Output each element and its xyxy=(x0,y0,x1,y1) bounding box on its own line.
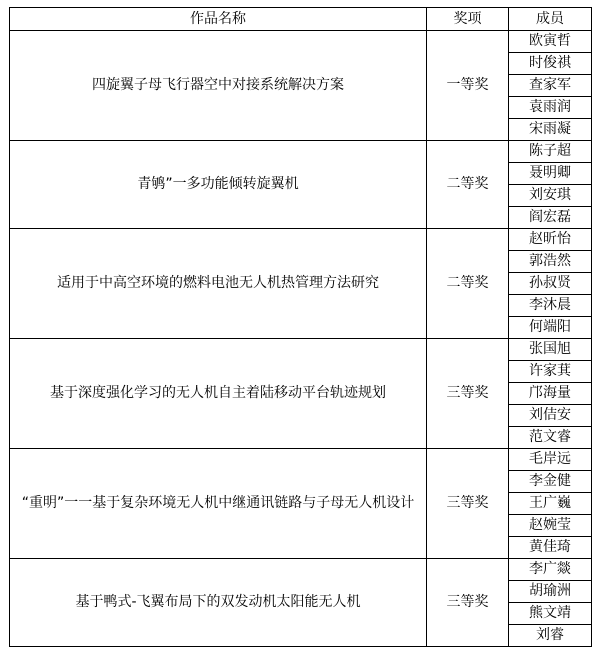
member-cell: 李广燚 xyxy=(509,559,592,581)
header-award: 奖项 xyxy=(427,8,509,31)
award-cell: 三等奖 xyxy=(427,339,509,449)
table-row: 四旋翼子母飞行器空中对接系统解决方案一等奖欧寅哲 xyxy=(10,31,592,53)
member-cell: 许家萁 xyxy=(509,361,592,383)
work-name-cell: 适用于中高空环境的燃料电池无人机热管理方法研究 xyxy=(10,229,427,339)
member-cell: 袁雨润 xyxy=(509,97,592,119)
work-name-cell: 四旋翼子母飞行器空中对接系统解决方案 xyxy=(10,31,427,141)
member-cell: 陈子超 xyxy=(509,141,592,163)
work-name-cell: 基于深度强化学习的无人机自主着陆移动平台轨迹规划 xyxy=(10,339,427,449)
member-cell: 李金健 xyxy=(509,471,592,493)
table-row: 基于鸭式-飞翼布局下的双发动机太阳能无人机三等奖李广燚 xyxy=(10,559,592,581)
table-row: 青鸲”一多功能倾转旋翼机二等奖陈子超 xyxy=(10,141,592,163)
award-cell: 三等奖 xyxy=(427,559,509,647)
member-cell: 何端阳 xyxy=(509,317,592,339)
header-members: 成员 xyxy=(509,8,592,31)
member-cell: 聂明卿 xyxy=(509,163,592,185)
table-row: “重明”一一基于复杂环境无人机中继通讯链路与子母无人机设计三等奖毛岸远 xyxy=(10,449,592,471)
member-cell: 宋雨凝 xyxy=(509,119,592,141)
header-work-name: 作品名称 xyxy=(10,8,427,31)
table-row: 适用于中高空环境的燃料电池无人机热管理方法研究二等奖赵昕怡 xyxy=(10,229,592,251)
work-name-cell: “重明”一一基于复杂环境无人机中继通讯链路与子母无人机设计 xyxy=(10,449,427,559)
member-cell: 张国旭 xyxy=(509,339,592,361)
member-cell: 阎宏磊 xyxy=(509,207,592,229)
member-cell: 胡瑜洲 xyxy=(509,581,592,603)
award-cell: 二等奖 xyxy=(427,141,509,229)
work-name-cell: 青鸲”一多功能倾转旋翼机 xyxy=(10,141,427,229)
member-cell: 查家军 xyxy=(509,75,592,97)
member-cell: 欧寅哲 xyxy=(509,31,592,53)
member-cell: 王广巍 xyxy=(509,493,592,515)
awards-table: 作品名称 奖项 成员 四旋翼子母飞行器空中对接系统解决方案一等奖欧寅哲时俊祺查家… xyxy=(9,7,592,647)
member-cell: 李沐晨 xyxy=(509,295,592,317)
member-cell: 郭浩然 xyxy=(509,251,592,273)
award-cell: 一等奖 xyxy=(427,31,509,141)
member-cell: 范文睿 xyxy=(509,427,592,449)
member-cell: 刘睿 xyxy=(509,625,592,647)
member-cell: 时俊祺 xyxy=(509,53,592,75)
table-row: 基于深度强化学习的无人机自主着陆移动平台轨迹规划三等奖张国旭 xyxy=(10,339,592,361)
member-cell: 孙叔贤 xyxy=(509,273,592,295)
award-cell: 二等奖 xyxy=(427,229,509,339)
award-cell: 三等奖 xyxy=(427,449,509,559)
header-row: 作品名称 奖项 成员 xyxy=(10,8,592,31)
member-cell: 赵婉莹 xyxy=(509,515,592,537)
member-cell: 邝海量 xyxy=(509,383,592,405)
member-cell: 黄佳琦 xyxy=(509,537,592,559)
member-cell: 刘安琪 xyxy=(509,185,592,207)
work-name-cell: 基于鸭式-飞翼布局下的双发动机太阳能无人机 xyxy=(10,559,427,647)
member-cell: 赵昕怡 xyxy=(509,229,592,251)
member-cell: 毛岸远 xyxy=(509,449,592,471)
member-cell: 刘佶安 xyxy=(509,405,592,427)
member-cell: 熊文靖 xyxy=(509,603,592,625)
